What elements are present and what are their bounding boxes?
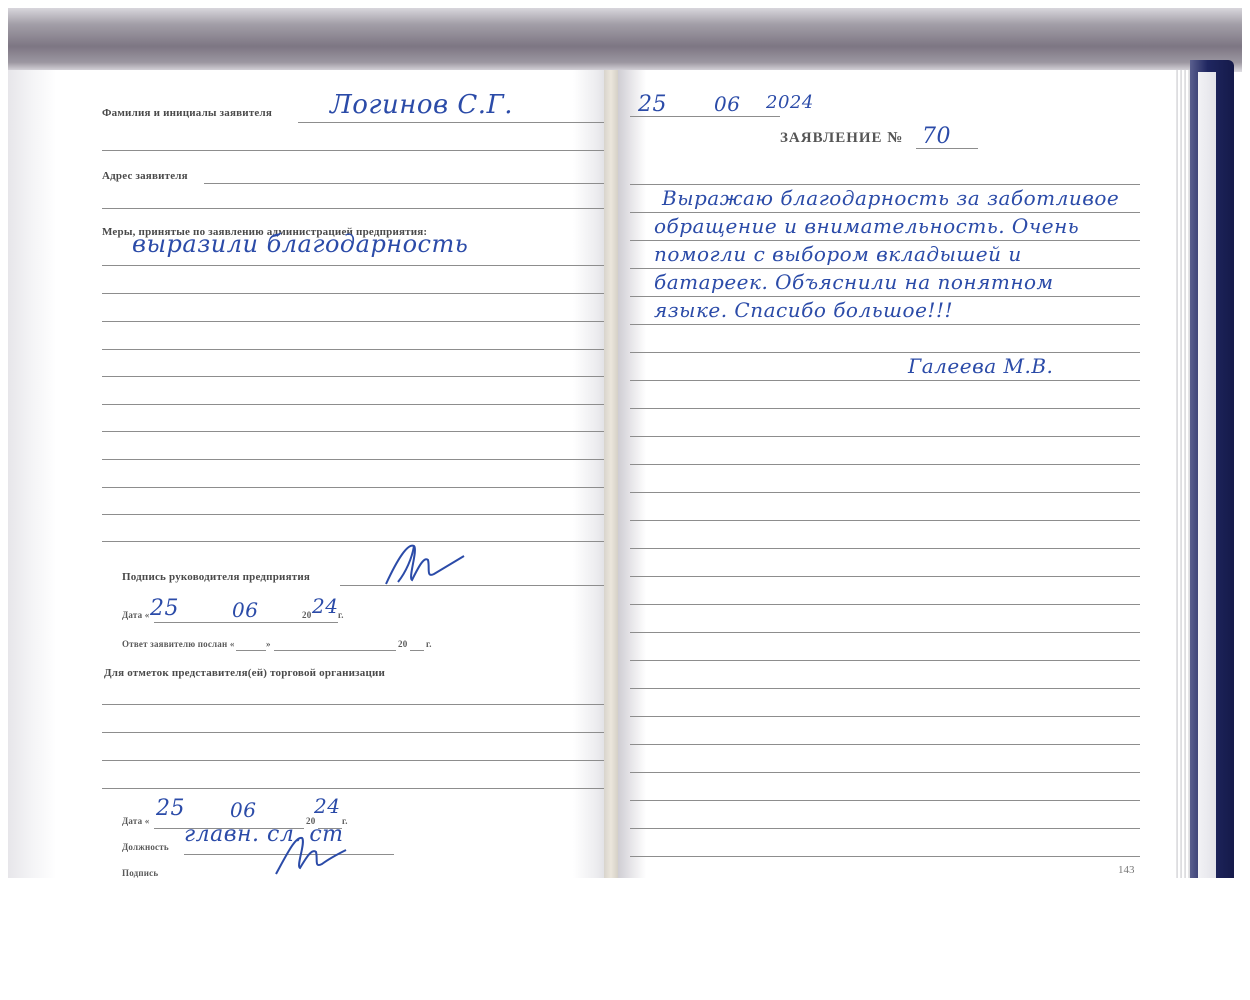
ruled-line: [102, 265, 613, 266]
body-line: Выражаю благодарность за заботливое: [662, 186, 1119, 210]
ruled-line: [630, 744, 1140, 745]
page-number: 143: [1118, 864, 1135, 876]
body-line: помогли с выбором вкладышей и: [654, 242, 1022, 266]
ruled-line: [630, 772, 1140, 773]
ruled-line: [630, 436, 1140, 437]
ruled-line: [630, 240, 1140, 241]
date-month-value: 06: [232, 598, 258, 622]
measures-value: выразили благодарность: [132, 230, 468, 258]
ruled-line: [630, 604, 1140, 605]
ruled-line: [102, 321, 613, 322]
date-day-value: 25: [150, 596, 179, 621]
rep-date-year-value: 24: [314, 794, 340, 818]
ruled-line: [102, 514, 613, 515]
date-year-prefix: 20: [302, 610, 311, 620]
address-label: Адрес заявителя: [102, 170, 188, 182]
ruled-line: [102, 349, 613, 350]
left-page: Фамилия и инициалы заявителя Логинов С.Г…: [8, 70, 613, 878]
ruled-line: [630, 688, 1140, 689]
ruled-line: [630, 828, 1140, 829]
ruled-line: [102, 732, 613, 733]
scan-top-shadow: [8, 8, 1242, 72]
ruled-line: [630, 632, 1140, 633]
reply-sent-mid: »: [266, 639, 271, 649]
ruled-line: [102, 208, 613, 209]
ruled-line: [630, 576, 1140, 577]
date-year-value: 24: [312, 594, 338, 618]
right-gutter-shadow: [618, 70, 646, 878]
rep-date-day-value: 25: [156, 796, 185, 821]
ruled-line: [630, 464, 1140, 465]
ruled-line: [102, 788, 613, 789]
reply-sent-month-line: [274, 650, 396, 651]
ruled-line: [630, 324, 1140, 325]
address-line: [204, 183, 609, 184]
reply-sent-suffix: г.: [426, 639, 432, 649]
manager-signature-scribble: [378, 538, 468, 588]
ruled-line: [630, 380, 1140, 381]
ruled-line: [102, 541, 613, 542]
ruled-line: [630, 492, 1140, 493]
cover-inner-pages: [1198, 72, 1216, 878]
right-page: 25 06 2024 ЗАЯВЛЕНИЕ № 70 Выража: [618, 70, 1180, 878]
ruled-line: [102, 404, 613, 405]
body-line: обращение и внимательность. Очень: [654, 214, 1079, 238]
reply-sent-label: Ответ заявителю послан «: [122, 639, 235, 649]
ruled-line: [102, 150, 613, 151]
application-number: 70: [922, 124, 951, 149]
rep-date-month-value: 06: [230, 798, 256, 822]
position-signature-scribble: [270, 828, 350, 878]
position-label: Должность: [122, 842, 169, 852]
date-label: Дата «: [122, 610, 149, 620]
header-date-month: 06: [714, 92, 740, 116]
ruled-line: [102, 459, 613, 460]
ruled-line: [630, 660, 1140, 661]
ruled-line: [102, 704, 613, 705]
book-spine-thread: [604, 70, 618, 878]
header-date-year: 2024: [766, 92, 814, 113]
body-line: языке. Спасибо большое!!!: [654, 298, 953, 322]
ruled-line: [630, 520, 1140, 521]
date-line: [154, 622, 324, 623]
rep-date-label: Дата «: [122, 816, 149, 826]
left-page-edge: [8, 70, 56, 878]
ruled-line: [630, 856, 1140, 857]
ruled-line: [630, 268, 1140, 269]
date-year-line: [314, 622, 338, 623]
author-signature: Галеева М.В.: [908, 354, 1053, 378]
date-suffix: г.: [338, 610, 344, 620]
manager-signature-label: Подпись руководителя предприятия: [122, 571, 310, 583]
ruled-line: [630, 212, 1140, 213]
body-line: батареек. Объяснили на понятном: [654, 270, 1054, 294]
ruled-line: [630, 800, 1140, 801]
ruled-line: [630, 548, 1140, 549]
ruled-line: [102, 760, 613, 761]
ruled-line: [102, 431, 613, 432]
ruled-line: [630, 408, 1140, 409]
applicant-name-line: [298, 122, 609, 123]
applicant-name-label: Фамилия и инициалы заявителя: [102, 107, 272, 119]
header-date-day: 25: [638, 92, 667, 117]
reply-sent-year-line: [410, 650, 424, 651]
reply-sent-year-prefix: 20: [398, 639, 407, 649]
scanned-book-spread: Фамилия и инициалы заявителя Логинов С.Г…: [8, 8, 1242, 878]
ruled-line: [102, 487, 613, 488]
ruled-line: [630, 716, 1140, 717]
ruled-line: [630, 184, 1140, 185]
ruled-line: [630, 296, 1140, 297]
application-title: ЗАЯВЛЕНИЕ №: [780, 130, 903, 147]
ruled-line: [630, 352, 1140, 353]
ruled-line: [102, 376, 613, 377]
reply-sent-day-line: [236, 650, 266, 651]
signature-label: Подпись: [122, 868, 158, 878]
applicant-name-value: Логинов С.Г.: [330, 90, 513, 120]
representatives-label: Для отметок представителя(ей) торговой о…: [104, 667, 385, 679]
ruled-line: [102, 293, 613, 294]
